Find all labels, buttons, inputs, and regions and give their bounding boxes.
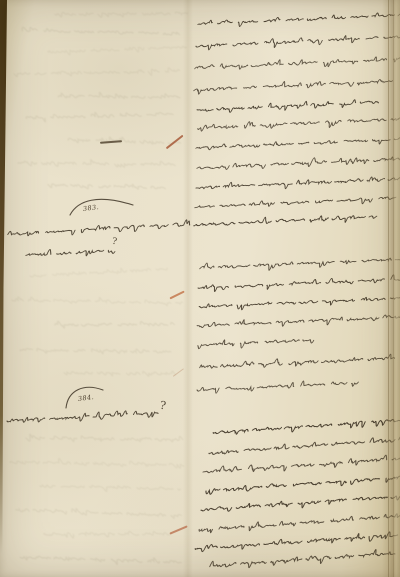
- handwritten-line: [193, 80, 393, 95]
- handwritten-line: [13, 68, 181, 77]
- handwritten-line: [25, 434, 183, 442]
- margin-number-383: 383.: [83, 203, 100, 213]
- handwritten-line: [195, 36, 400, 50]
- margin-number-384: 384.: [78, 393, 95, 403]
- handwritten-line: [28, 268, 169, 277]
- handwritten-line: [64, 371, 176, 376]
- handwritten-line: [7, 411, 159, 422]
- handwritten-line: [67, 137, 180, 144]
- handwritten-line: [21, 27, 179, 35]
- handwritten-line: [203, 455, 400, 472]
- handwritten-line: [198, 513, 400, 533]
- question-mark-glyph-383: ?: [111, 238, 117, 248]
- handwritten-line: [205, 476, 400, 494]
- main-text-column: [193, 13, 400, 568]
- column-fold-crease: [183, 0, 193, 577]
- handwritten-line: [200, 354, 400, 368]
- handwritten-line: [197, 157, 400, 169]
- handwritten-line: [48, 184, 166, 189]
- handwritten-line: [197, 340, 314, 349]
- handwritten-line: [197, 275, 400, 292]
- handwritten-line: [70, 199, 133, 215]
- handwritten-line: [195, 57, 400, 69]
- handwritten-line: [209, 550, 400, 568]
- handwritten-line: [195, 138, 400, 150]
- ink-dash-mark: [100, 140, 122, 143]
- handwritten-line: [16, 509, 182, 519]
- handwritten-line: [196, 381, 359, 393]
- handwritten-line: [11, 297, 183, 306]
- handwritten-line: [26, 249, 116, 255]
- handwritten-line: [196, 100, 379, 113]
- handwritten-line: [43, 531, 171, 538]
- binding-edge: [0, 0, 7, 577]
- handwritten-line: [17, 160, 175, 168]
- handwritten-line: [40, 485, 181, 491]
- handwritten-line: [197, 118, 400, 132]
- handwritten-line: [57, 92, 180, 98]
- bleedthrough-text: [9, 12, 188, 564]
- page-edge-right: [382, 0, 400, 577]
- manuscript-page: 383. 384. ? ?: [0, 0, 400, 577]
- handwritten-line: [194, 532, 400, 552]
- handwritten-line: [201, 495, 400, 511]
- margin-question-text: [7, 199, 192, 422]
- handwritten-line: [195, 197, 396, 208]
- handwritten-line: [197, 13, 400, 26]
- handwriting-layer: [0, 0, 400, 577]
- red-pencil-stroke: [166, 135, 184, 149]
- scan-vignette: [0, 0, 400, 577]
- handwritten-line: [25, 112, 175, 121]
- handwritten-line: [209, 437, 400, 455]
- handwritten-line: [194, 216, 377, 226]
- handwritten-line: [213, 419, 400, 434]
- handwritten-line: [196, 176, 400, 188]
- handwritten-line: [54, 321, 175, 328]
- handwritten-line: [20, 556, 182, 564]
- handwritten-line: [47, 46, 188, 55]
- handwritten-line: [199, 258, 400, 270]
- handwritten-line: [9, 459, 184, 469]
- handwritten-line: [196, 315, 400, 327]
- handwritten-line: [198, 297, 400, 309]
- question-mark-glyph-384: ?: [159, 400, 167, 412]
- handwritten-line: [55, 12, 189, 17]
- handwritten-line: [20, 348, 172, 353]
- handwritten-line: [7, 220, 191, 236]
